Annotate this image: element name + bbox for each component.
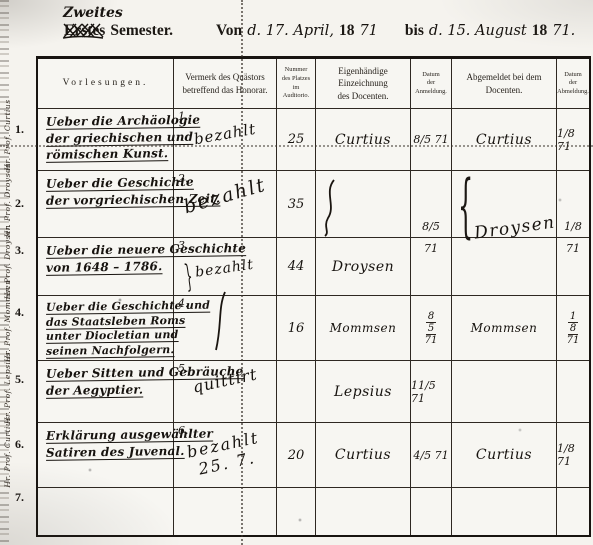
end-year-handwritten: 71. xyxy=(552,23,575,39)
seat-number-cell: 44 xyxy=(277,238,316,295)
pen-stroke xyxy=(320,178,338,238)
abgemeldet-cell xyxy=(452,488,557,535)
title-line: Erstes Semester. Von d. 17. April, 18 71… xyxy=(64,22,575,40)
column-header-datum-anmeldung: Datum der Anmeldung. xyxy=(411,59,452,108)
vermerk-cell xyxy=(174,488,277,535)
lecture-title-cell: Ueber die Geschichte der vorgriechischen… xyxy=(38,171,174,237)
seat-number-cell xyxy=(277,361,316,422)
anmeldung-date-cell: 8 5 71 xyxy=(411,296,452,360)
vermerk-cell: 5. quittirt xyxy=(174,361,277,422)
abgemeldet-cell: Mommsen xyxy=(452,296,557,360)
docent-signature-cell: Curtius xyxy=(316,109,411,170)
row-number: 7. xyxy=(15,490,24,505)
droysen-abmeldung-signature: { Droysen xyxy=(456,188,566,266)
table-row: Ueber Sitten und Gebräuche der Aegyptier… xyxy=(38,361,589,423)
vermerk-cell: 3. }bezahlt xyxy=(174,238,277,295)
header-row: Vorlesungen. Vermerk des Quästors betref… xyxy=(38,59,589,109)
fold-crease-horizontal xyxy=(0,145,593,147)
anmeldung-date-cell: 11/5 71 xyxy=(411,361,452,422)
start-date-handwritten: d. 17. April, xyxy=(247,23,334,39)
docent-signature-cell xyxy=(316,488,411,535)
end-date-handwritten: d. 15. August xyxy=(429,23,527,39)
abgemeldet-cell: Curtius xyxy=(452,109,557,170)
column-header-abgemeldet: Abgemeldet bei dem Docenten. xyxy=(452,59,557,108)
abmeldung-date-cell: 1/8 71 xyxy=(557,423,589,487)
lecture-title-cell: Ueber die neuere Geschichte von 1648 – 1… xyxy=(38,238,174,295)
row-number: 6. xyxy=(15,437,24,452)
pen-stroke xyxy=(212,290,228,352)
struck-semester-word: Erstes xyxy=(64,22,105,40)
vermerk-cell: 6. bezahlt 25. 7. xyxy=(174,423,277,487)
seat-number-cell xyxy=(277,488,316,535)
scanned-register-page: Zweites Erstes Semester. Von d. 17. Apri… xyxy=(0,0,593,545)
anmeldung-date-cell: 4/5 71 xyxy=(411,423,452,487)
anmeldung-date-cell: 8/5 xyxy=(411,171,452,237)
row-number: 5. xyxy=(15,372,24,387)
docent-signature-cell: Droysen xyxy=(316,238,411,295)
anmeldung-date-cell: 71 xyxy=(411,238,452,295)
lecture-title-cell: Ueber die Geschichte und das Staatsleben… xyxy=(38,296,174,360)
column-header-vermerk: Vermerk des Quästors betreffend das Hono… xyxy=(174,59,277,108)
row-number: 3. xyxy=(15,243,24,258)
lecture-title-cell: Ueber die Archäologie der griechischen u… xyxy=(38,109,174,170)
brace-mark: { xyxy=(458,165,473,246)
seat-number-cell: 25 xyxy=(277,109,316,170)
lecture-title-cell: Ueber Sitten und Gebräuche der Aegyptier… xyxy=(38,361,174,422)
docent-signature-cell: Lepsius xyxy=(316,361,411,422)
docent-signature-cell: Curtius xyxy=(316,423,411,487)
table-row: Erklärung ausgewählter Satiren des Juven… xyxy=(38,423,589,488)
vermerk-cell: 1. bezahlt xyxy=(174,109,277,170)
register-table: Vorlesungen. Vermerk des Quästors betref… xyxy=(36,56,591,537)
start-year-printed: 18 xyxy=(339,22,355,40)
end-year-printed: 18 xyxy=(532,22,548,40)
row-number: 4. xyxy=(15,305,24,320)
column-header-datum-abmeldung: Datum der Abmeldung. xyxy=(557,59,589,108)
abgemeldet-cell: Curtius xyxy=(452,423,557,487)
abmeldung-date-cell xyxy=(557,488,589,535)
docent-signature-cell: Mommsen xyxy=(316,296,411,360)
strike-x-marks xyxy=(61,21,113,41)
row-number: 1. xyxy=(15,122,24,137)
semester-word: Semester. xyxy=(110,22,173,40)
seat-number-cell: 35 xyxy=(277,171,316,237)
abmeldung-date-cell xyxy=(557,361,589,422)
abgemeldet-cell xyxy=(452,361,557,422)
abmeldung-date-cell: 1 8 71 xyxy=(557,296,589,360)
vermerk-cell: 2. bezahlt xyxy=(174,171,277,237)
von-label: Von xyxy=(216,22,242,40)
seat-number-cell: 20 xyxy=(277,423,316,487)
abmeldung-date-cell: 1/8 71 xyxy=(557,109,589,170)
column-header-platznummer: Nummer des Platzes im Auditorio. xyxy=(277,59,316,108)
margin-professor-name: Hr. Prof. Curtius xyxy=(3,412,13,492)
anmeldung-date-cell: 8/5 71 xyxy=(411,109,452,170)
lecture-title-cell: Erklärung ausgewählter Satiren des Juven… xyxy=(38,423,174,487)
lecture-title-cell xyxy=(38,488,174,535)
row-number: 2. xyxy=(15,196,24,211)
column-header-vorlesungen: Vorlesungen. xyxy=(38,59,174,108)
anmeldung-date-cell xyxy=(411,488,452,535)
start-year-handwritten: 71 xyxy=(359,23,377,39)
table-row: Ueber die Archäologie der griechischen u… xyxy=(38,109,589,171)
column-header-einzeichnung: Eigenhändige Einzeichnung des Docenten. xyxy=(316,59,411,108)
fold-crease-vertical xyxy=(241,0,243,545)
bis-label: bis xyxy=(405,22,424,40)
table-row xyxy=(38,488,589,535)
semester-correction-handwritten: Zweites xyxy=(63,5,123,21)
table-row: Ueber die Geschichte und das Staatsleben… xyxy=(38,296,589,361)
seat-number-cell: 16 xyxy=(277,296,316,360)
